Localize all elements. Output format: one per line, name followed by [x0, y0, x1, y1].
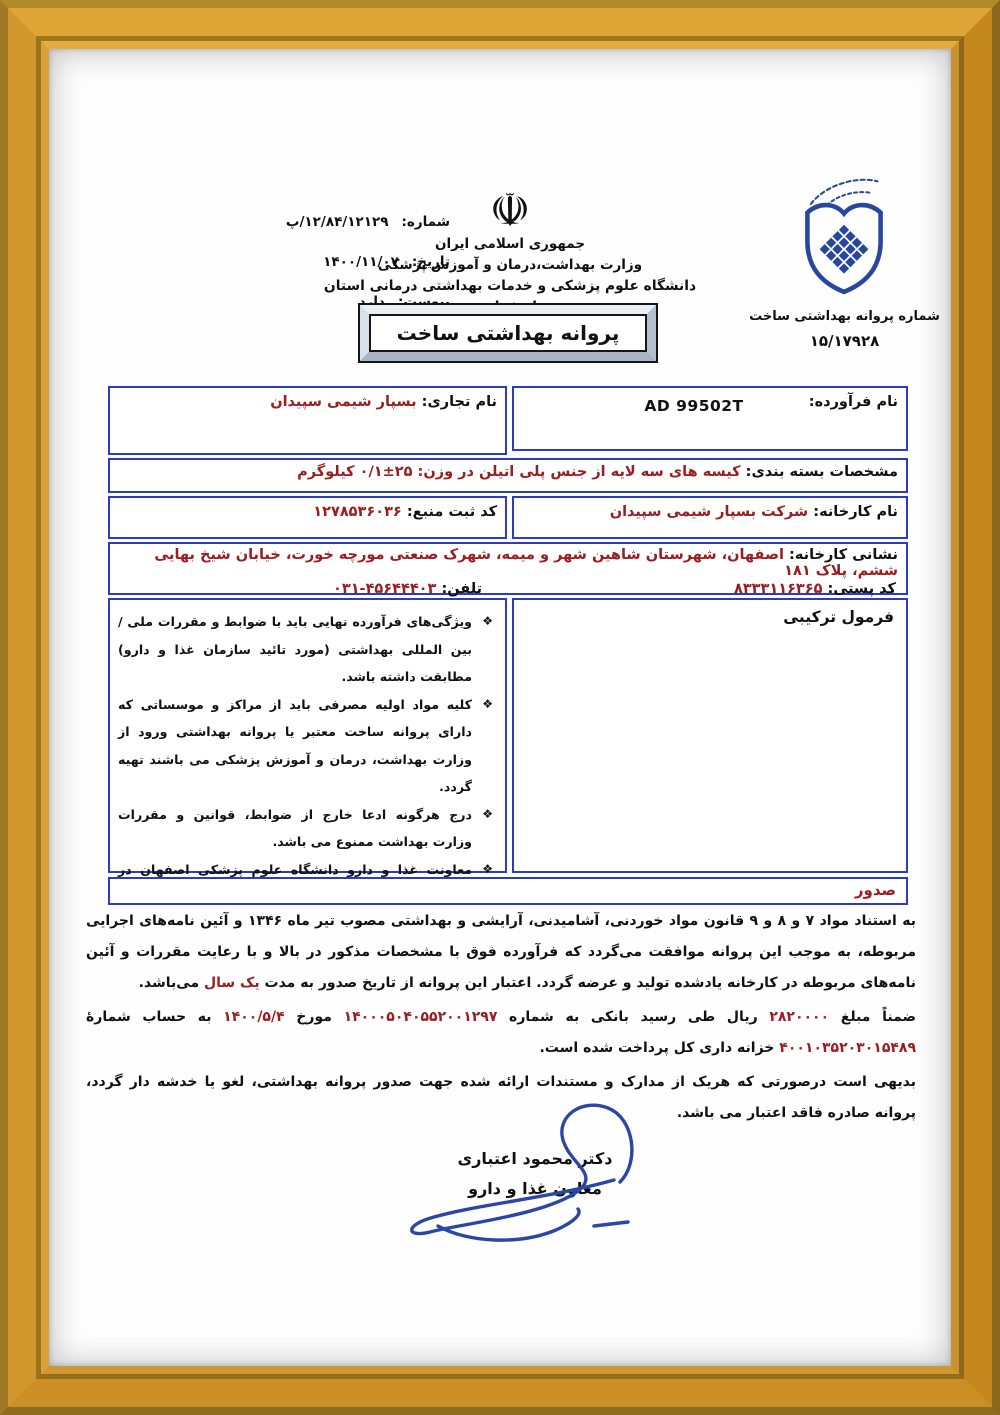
- trade-name-label: نام تجاری:: [422, 394, 497, 410]
- highlighted-red-text: یک سال: [204, 975, 260, 991]
- signature-block: دکتر محمود اعتباری معاون غذا و دارو: [368, 1092, 702, 1244]
- product-name-cell: نام فرآورده: AD 99502T: [512, 386, 908, 451]
- formula-note-text: ویژگی‌های فرآورده نهایی باید با ضوابط و …: [118, 614, 472, 684]
- formula-cell: فرمول ترکیبی: [512, 598, 908, 873]
- packaging-label: مشخصات بسته بندی:: [746, 464, 898, 480]
- handwritten-signature-icon: [368, 1092, 702, 1244]
- iran-emblem-icon: ☫: [320, 186, 700, 234]
- body-text: به حساب شمارهٔ: [86, 1009, 223, 1025]
- factory-name-cell: نام کارخانه: شرکت بسپار شیمی سپیدان: [512, 496, 908, 539]
- packaging-cell: مشخصات بسته بندی: کیسه های سه لایه از جن…: [108, 458, 908, 493]
- diamond-bullet-icon: ❖: [482, 608, 493, 636]
- letterhead-line-country: جمهوری اسلامی ایران: [320, 234, 700, 255]
- formula-note-text: کلیه مواد اولیه مصرفی باید از مراکز و مو…: [118, 697, 472, 795]
- university-shield-icon: [792, 176, 896, 298]
- packaging-value: کیسه های سه لایه از جنس پلی اتیلن در وزن…: [297, 464, 740, 480]
- formula-note-item: ❖درج هرگونه ادعا خارج از ضوابط، قوانین و…: [118, 801, 495, 856]
- product-name-label: نام فرآورده:: [809, 394, 898, 410]
- factory-address-label: نشانی کارخانه:: [789, 547, 898, 563]
- factory-name-value: شرکت بسپار شیمی سپیدان: [610, 504, 809, 520]
- factory-address-cell: نشانی کارخانه: اصفهان، شهرستان شاهین شهر…: [108, 542, 908, 595]
- paragraph-legal-basis: به استناد مواد ۷ و ۸ و ۹ قانون مواد خورد…: [86, 906, 916, 999]
- body-text: می‌باشد.: [139, 975, 204, 991]
- source-reg-code-value: ۱۲۷۸۵۳۶۰۳۶: [313, 504, 402, 520]
- formula-header: فرمول ترکیبی: [526, 608, 894, 626]
- postal-code-value: ۸۳۳۳۱۱۶۳۶۵: [734, 581, 823, 597]
- product-name-value: AD 99502T: [609, 397, 779, 415]
- phone-group: تلفن: ۰۳۱-۴۵۶۴۴۴۰۳: [333, 581, 482, 597]
- framed-document: شماره:۱۲/۸۴/۱۲۱۲۹/پ تاریخ:۱۴۰۰/۱۱/۰۷ پیو…: [0, 0, 1000, 1415]
- highlighted-red-text: ۴۰۰۱۰۳۵۲۰۳۰۱۵۴۸۹: [779, 1040, 916, 1056]
- license-number-block: شماره پروانه بهداشتی ساخت ۱۵/۱۷۹۲۸: [742, 306, 947, 354]
- factory-address-value: اصفهان، شهرستان شاهین شهر و میمه، شهرک ص…: [154, 547, 898, 579]
- title-box: پروانه بهداشتی ساخت: [360, 305, 656, 361]
- highlighted-red-text: ۱۴۰۰۰۵۰۴۰۵۵۲۰۰۱۲۹۷: [344, 1009, 498, 1025]
- highlighted-red-text: ۲۸۲۰۰۰۰: [769, 1009, 829, 1025]
- license-number-caption: شماره پروانه بهداشتی ساخت: [742, 306, 947, 328]
- issue-row: صدور: [108, 877, 908, 905]
- phone-value: ۰۳۱-۴۵۶۴۴۴۰۳: [333, 581, 436, 597]
- letterhead: ☫ جمهوری اسلامی ایران وزارت بهداشت،درمان…: [320, 186, 700, 318]
- source-reg-code-label: کد ثبت منبع:: [407, 504, 497, 520]
- paragraph-payment: ضمناً مبلغ ۲۸۲۰۰۰۰ ریال طی رسید بانکی به…: [86, 1002, 916, 1064]
- source-reg-code-cell: کد ثبت منبع: ۱۲۷۸۵۳۶۰۳۶: [108, 496, 507, 539]
- body-text: ضمناً مبلغ: [829, 1009, 916, 1025]
- trade-name-cell: نام تجاری: بسپار شیمی سپیدان: [108, 386, 507, 455]
- body-text: مورخ: [285, 1009, 344, 1025]
- factory-address-line: نشانی کارخانه: اصفهان، شهرستان شاهین شهر…: [118, 547, 898, 579]
- phone-label: تلفن:: [441, 581, 482, 597]
- postal-code-label: کد پستی:: [828, 581, 896, 597]
- formula-note-item: ❖کلیه مواد اولیه مصرفی باید از مراکز و م…: [118, 691, 495, 801]
- diamond-bullet-icon: ❖: [482, 691, 493, 719]
- license-number-value: ۱۵/۱۷۹۲۸: [742, 328, 947, 354]
- issue-row-label: صدور: [855, 881, 896, 899]
- formula-note-text: درج هرگونه ادعا خارج از ضوابط، قوانین و …: [118, 807, 472, 850]
- formula-notes-cell: ❖ویژگی‌های فرآورده نهایی باید با ضوابط و…: [108, 598, 507, 873]
- page-title: پروانه بهداشتی ساخت: [397, 321, 620, 345]
- factory-name-label: نام کارخانه:: [813, 504, 898, 520]
- highlighted-red-text: ۱۴۰۰/۵/۴: [223, 1009, 285, 1025]
- postal-code-group: کد پستی: ۸۳۳۳۱۱۶۳۶۵: [734, 581, 896, 597]
- trade-name-value: بسپار شیمی سپیدان: [270, 394, 416, 410]
- formula-note-item: ❖ویژگی‌های فرآورده نهایی باید با ضوابط و…: [118, 608, 495, 691]
- letterhead-line-ministry: وزارت بهداشت،درمان و آموزش پزشکی: [320, 255, 700, 276]
- document-content: شماره:۱۲/۸۴/۱۲۱۲۹/پ تاریخ:۱۴۰۰/۱۱/۰۷ پیو…: [0, 0, 1000, 1415]
- diamond-bullet-icon: ❖: [482, 801, 493, 829]
- body-text: ریال طی رسید بانکی به شماره: [497, 1009, 769, 1025]
- body-text: خزانه داری کل پرداخت شده است.: [539, 1040, 779, 1056]
